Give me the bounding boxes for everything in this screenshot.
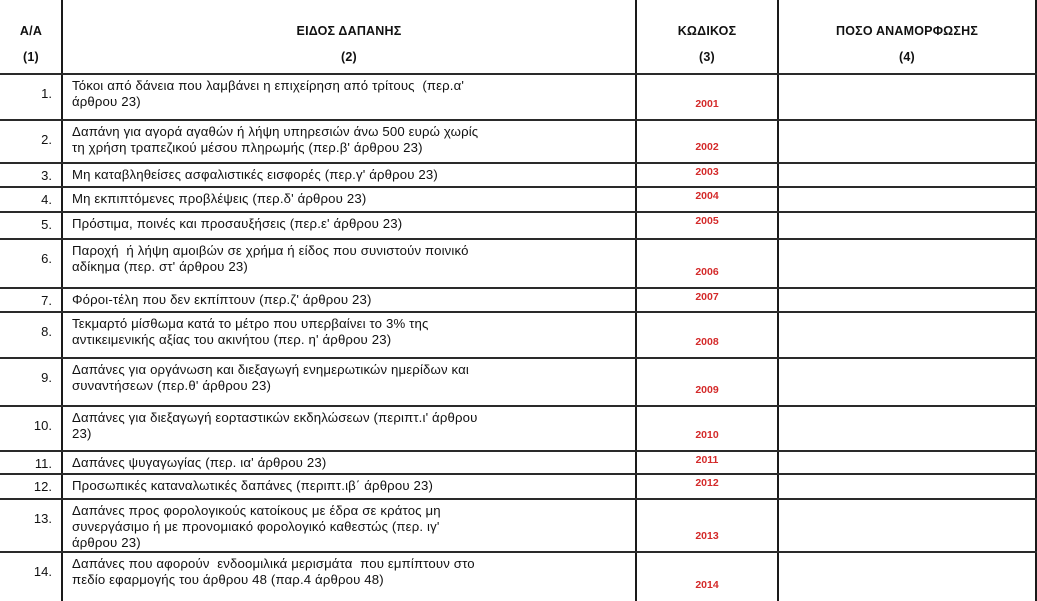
expense-description: Δαπάνη για αγορά αγαθών ή λήψη υπηρεσιών… [72, 124, 632, 156]
table-row: 7.Φόροι-τέλη που δεν εκπίπτουν (περ.ζ' ά… [0, 288, 1037, 312]
expense-code: 2009 [636, 384, 778, 396]
expense-description: Δαπάνες για διεξαγωγή εορταστικών εκδηλώ… [72, 410, 632, 442]
adjustment-amount-field[interactable] [779, 312, 1035, 358]
row-number: 8. [0, 324, 52, 339]
row-number: 7. [0, 293, 52, 308]
expense-code: 2008 [636, 336, 778, 348]
row-number: 12. [0, 479, 52, 494]
table-row: 8.Τεκμαρτό μίσθωμα κατά το μέτρο που υπε… [0, 312, 1037, 358]
row-number: 14. [0, 564, 52, 579]
table-row: 13.Δαπάνες προς φορολογικούς κατοίκους μ… [0, 499, 1037, 552]
row-number: 10. [0, 418, 52, 433]
table-row: 3.Μη καταβληθείσες ασφαλιστικές εισφορές… [0, 163, 1037, 187]
expense-description: Μη καταβληθείσες ασφαλιστικές εισφορές (… [72, 167, 632, 183]
expense-description: Τόκοι από δάνεια που λαμβάνει η επιχείρη… [72, 78, 632, 110]
adjustment-amount-field[interactable] [779, 288, 1035, 312]
row-number: 9. [0, 370, 52, 385]
adjustment-amount-field[interactable] [779, 163, 1035, 187]
adjustment-amount-field[interactable] [779, 358, 1035, 406]
expense-description: Τεκμαρτό μίσθωμα κατά το μέτρο που υπερβ… [72, 316, 632, 348]
table-row: 5.Πρόστιμα, ποινές και προσαυξήσεις (περ… [0, 212, 1037, 239]
expense-description-line: τη χρήση τραπεζικού μέσου πληρωμής (περ.… [72, 140, 632, 156]
expense-description: Μη εκπιπτόμενες προβλέψεις (περ.δ' άρθρο… [72, 191, 632, 207]
header-aa-sub: (1) [0, 50, 62, 64]
row-divider [0, 498, 1037, 500]
expense-code: 2003 [636, 166, 778, 178]
header-aa: Α/Α [0, 24, 62, 38]
row-divider [0, 287, 1037, 289]
row-number: 4. [0, 192, 52, 207]
expense-code: 2006 [636, 266, 778, 278]
expense-description: Παροχή ή λήψη αμοιβών σε χρήμα ή είδος π… [72, 243, 632, 275]
expense-description-line: Δαπάνη για αγορά αγαθών ή λήψη υπηρεσιών… [72, 124, 632, 140]
table-row: 12.Προσωπικές καταναλωτικές δαπάνες (περ… [0, 474, 1037, 499]
adjustment-amount-field[interactable] [779, 120, 1035, 163]
expense-description: Δαπάνες ψυγαγωγίας (περ. ια' άρθρου 23) [72, 455, 632, 471]
expense-description-line: Προσωπικές καταναλωτικές δαπάνες (περιπτ… [72, 478, 632, 494]
adjustment-amount-field[interactable] [779, 451, 1035, 474]
expense-code: 2007 [636, 291, 778, 303]
row-divider [0, 73, 1037, 75]
expense-code: 2010 [636, 429, 778, 441]
adjustment-amount-field[interactable] [779, 499, 1035, 552]
expense-description-line: άρθρου 23) [72, 535, 632, 551]
row-divider [0, 357, 1037, 359]
adjustment-expenses-table: Α/Α (1) ΕΙΔΟΣ ΔΑΠΑΝΗΣ (2) ΚΩΔΙΚΟΣ (3) ΠΟ… [0, 0, 1037, 601]
row-divider [0, 405, 1037, 407]
adjustment-amount-field[interactable] [779, 212, 1035, 239]
row-number: 13. [0, 511, 52, 526]
expense-description-line: Πρόστιμα, ποινές και προσαυξήσεις (περ.ε… [72, 216, 632, 232]
expense-description-line: Δαπάνες προς φορολογικούς κατοίκους με έ… [72, 503, 632, 519]
expense-description-line: 23) [72, 426, 632, 442]
table-row: 2.Δαπάνη για αγορά αγαθών ή λήψη υπηρεσι… [0, 120, 1037, 163]
expense-description: Προσωπικές καταναλωτικές δαπάνες (περιπτ… [72, 478, 632, 494]
row-divider [0, 186, 1037, 188]
expense-description-line: Δαπάνες που αφορούν ενδοομιλικά μερισμάτ… [72, 556, 632, 572]
row-divider [0, 119, 1037, 121]
header-code-sub: (3) [636, 50, 778, 64]
column-divider [61, 0, 63, 601]
expense-code: 2012 [636, 477, 778, 489]
expense-description: Πρόστιμα, ποινές και προσαυξήσεις (περ.ε… [72, 216, 632, 232]
expense-code: 2014 [636, 579, 778, 591]
expense-code: 2004 [636, 190, 778, 202]
expense-description-line: συνεργάσιμο ή με προνομιακό φορολογικό κ… [72, 519, 632, 535]
expense-description-line: αντικειμενικής αξίας του ακινήτου (περ. … [72, 332, 632, 348]
expense-description-line: πεδίο εφαρμογής του άρθρου 48 (παρ.4 άρθ… [72, 572, 632, 588]
row-divider [0, 211, 1037, 213]
table-row: 14.Δαπάνες που αφορούν ενδοομιλικά μερισ… [0, 552, 1037, 601]
expense-description: Δαπάνες προς φορολογικούς κατοίκους με έ… [72, 503, 632, 551]
table-row: 9.Δαπάνες για οργάνωση και διεξαγωγή ενη… [0, 358, 1037, 406]
row-divider [0, 551, 1037, 553]
expense-description: Δαπάνες που αφορούν ενδοομιλικά μερισμάτ… [72, 556, 632, 588]
expense-description-line: Παροχή ή λήψη αμοιβών σε χρήμα ή είδος π… [72, 243, 632, 259]
row-divider [0, 162, 1037, 164]
column-divider [777, 0, 779, 601]
table-row: 6.Παροχή ή λήψη αμοιβών σε χρήμα ή είδος… [0, 239, 1037, 288]
expense-description-line: Τεκμαρτό μίσθωμα κατά το μέτρο που υπερβ… [72, 316, 632, 332]
expense-description-line: Δαπάνες για οργάνωση και διεξαγωγή ενημε… [72, 362, 632, 378]
expense-description-line: συναντήσεων (περ.θ' άρθρου 23) [72, 378, 632, 394]
expense-code: 2001 [636, 98, 778, 110]
header-adjustment-amount-sub: (4) [778, 50, 1036, 64]
header-expense-type: ΕΙΔΟΣ ΔΑΠΑΝΗΣ [62, 24, 636, 38]
expense-description-line: Μη εκπιπτόμενες προβλέψεις (περ.δ' άρθρο… [72, 191, 632, 207]
row-number: 11. [0, 456, 52, 471]
adjustment-amount-field[interactable] [779, 406, 1035, 451]
header-adjustment-amount: ΠΟΣΟ ΑΝΑΜΟΡΦΩΣΗΣ [778, 24, 1036, 38]
row-number: 1. [0, 86, 52, 101]
table-row: 10.Δαπάνες για διεξαγωγή εορταστικών εκδ… [0, 406, 1037, 451]
row-number: 2. [0, 132, 52, 147]
row-number: 3. [0, 168, 52, 183]
expense-description-line: άρθρου 23) [72, 94, 632, 110]
row-divider [0, 450, 1037, 452]
expense-code: 2002 [636, 141, 778, 153]
column-divider [635, 0, 637, 601]
expense-code: 2013 [636, 530, 778, 542]
expense-code: 2011 [636, 454, 778, 466]
row-divider [0, 311, 1037, 313]
adjustment-amount-field[interactable] [779, 74, 1035, 120]
expense-code: 2005 [636, 215, 778, 227]
adjustment-amount-field[interactable] [779, 239, 1035, 288]
row-divider [0, 473, 1037, 475]
adjustment-amount-field[interactable] [779, 187, 1035, 212]
header-expense-type-sub: (2) [62, 50, 636, 64]
expense-description: Φόροι-τέλη που δεν εκπίπτουν (περ.ζ' άρθ… [72, 292, 632, 308]
expense-description-line: Τόκοι από δάνεια που λαμβάνει η επιχείρη… [72, 78, 632, 94]
table-row: 1.Τόκοι από δάνεια που λαμβάνει η επιχεί… [0, 74, 1037, 120]
expense-description-line: αδίκημα (περ. στ' άρθρου 23) [72, 259, 632, 275]
adjustment-amount-field[interactable] [779, 552, 1035, 601]
expense-description-line: Φόροι-τέλη που δεν εκπίπτουν (περ.ζ' άρθ… [72, 292, 632, 308]
table-row: 4.Μη εκπιπτόμενες προβλέψεις (περ.δ' άρθ… [0, 187, 1037, 212]
table-row: 11.Δαπάνες ψυγαγωγίας (περ. ια' άρθρου 2… [0, 451, 1037, 474]
header-code: ΚΩΔΙΚΟΣ [636, 24, 778, 38]
expense-description-line: Δαπάνες για διεξαγωγή εορταστικών εκδηλώ… [72, 410, 632, 426]
adjustment-amount-field[interactable] [779, 474, 1035, 499]
row-divider [0, 238, 1037, 240]
row-number: 5. [0, 217, 52, 232]
expense-description-line: Δαπάνες ψυγαγωγίας (περ. ια' άρθρου 23) [72, 455, 632, 471]
expense-description: Δαπάνες για οργάνωση και διεξαγωγή ενημε… [72, 362, 632, 394]
expense-description-line: Μη καταβληθείσες ασφαλιστικές εισφορές (… [72, 167, 632, 183]
row-number: 6. [0, 251, 52, 266]
